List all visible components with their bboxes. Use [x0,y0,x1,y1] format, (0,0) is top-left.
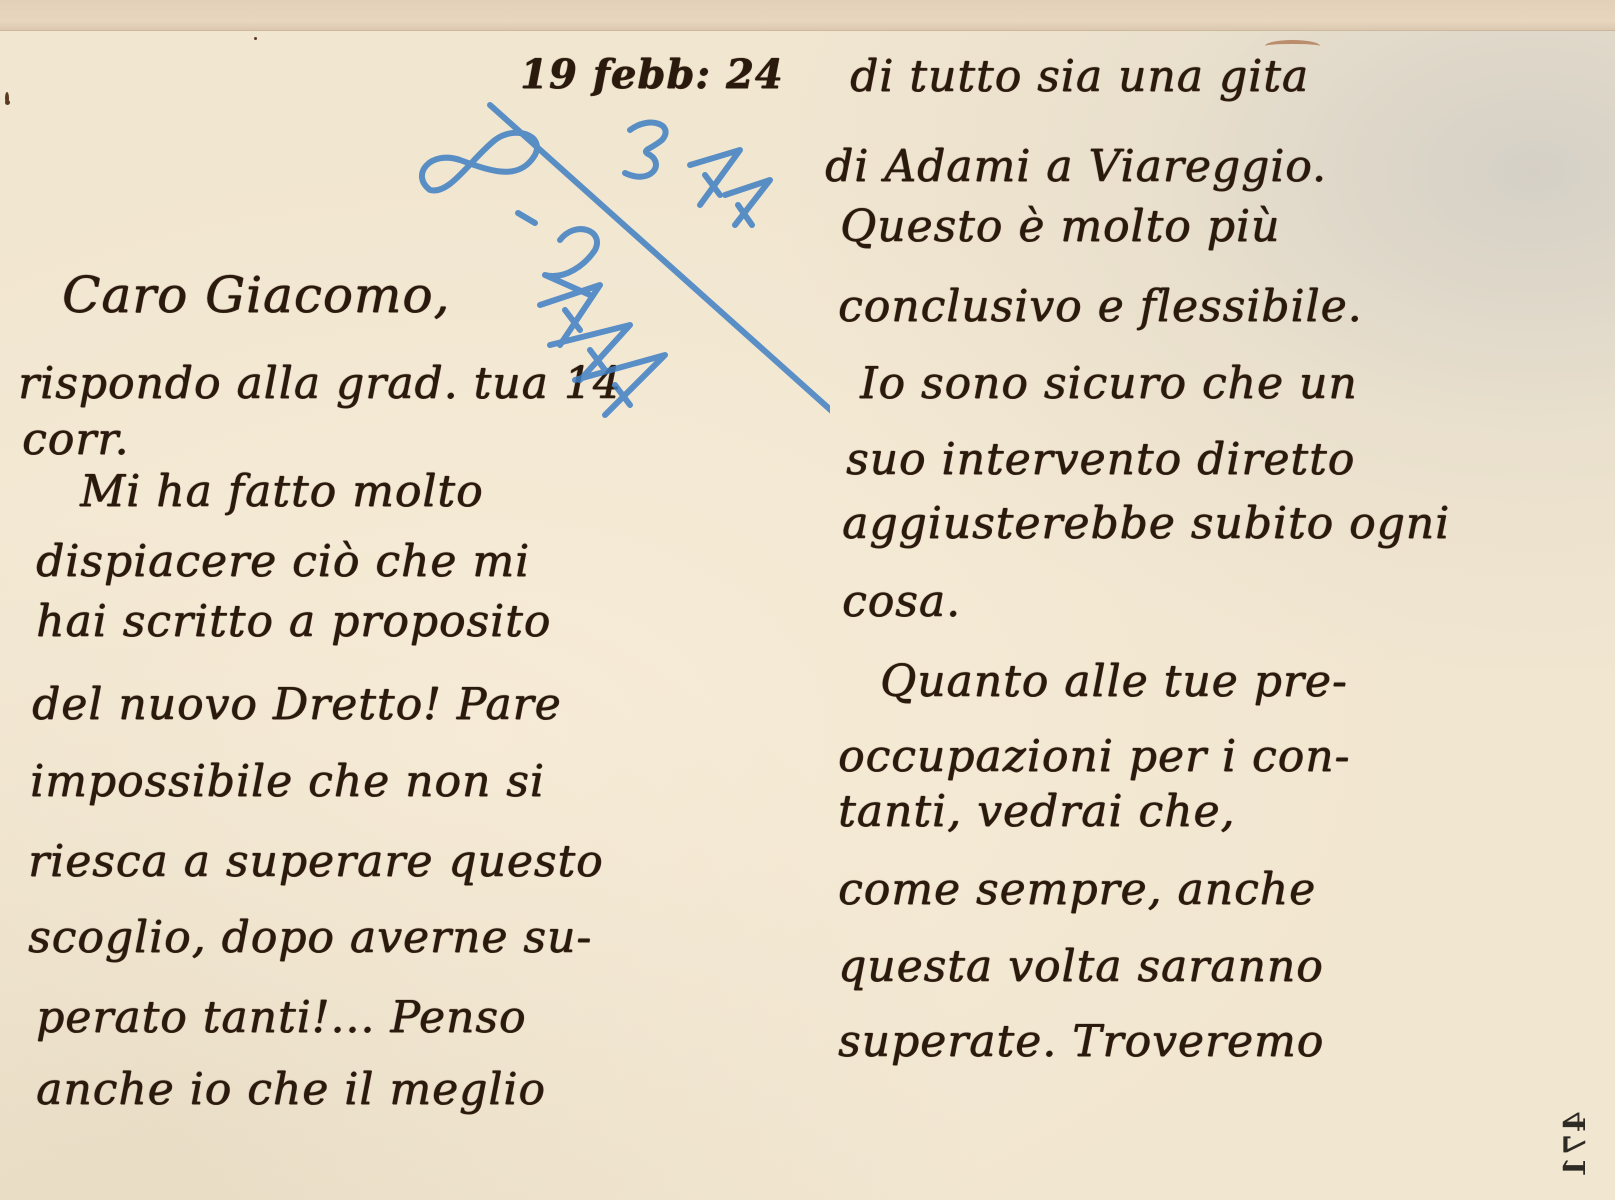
letter-line: superate. Troveremo [838,1020,1324,1064]
letter-line: Quanto alle tue pre- [880,660,1348,704]
letter-date: 19 febb: 24 [520,55,784,95]
blue-fraction-mark-icon [400,95,830,515]
paper-speck [5,100,10,105]
letter-line: dispiacere ciò che mi [36,540,530,584]
archive-number-text: 471 [1558,1111,1593,1180]
letter-line: del nuovo Dretto! Pare [32,683,562,727]
letter-line: aggiusterebbe subito ogni [842,502,1450,546]
letter-line: cosa. [842,580,961,624]
letter-line: di tutto sia una gita [850,55,1309,99]
letter-line: riesca a superare questo [28,840,604,884]
letter-line: scoglio, dopo averne su- [28,916,592,960]
letter-line: Questo è molto più [840,205,1280,249]
letter-line: occupazioni per i con- [838,735,1350,779]
archive-page-number: 471 [1555,1110,1595,1180]
letter-line: tanti, vedrai che, [838,790,1235,834]
letter-line: corr. [22,418,129,462]
letter-line: suo intervento diretto [846,438,1355,482]
letter-line: Io sono sicuro che un [860,362,1358,406]
letter-line: come sempre, anche [838,868,1316,912]
salutation: Caro Giacomo, [62,270,450,320]
backing-strip [0,0,1615,31]
paper-speck [254,37,257,40]
letter-line: impossibile che non si [30,760,545,804]
blue-pencil-annotation [400,95,830,515]
letter-line: anche io che il meglio [36,1068,546,1112]
letter-line: di Adami a Viareggio. [825,145,1327,189]
letter-line: conclusivo e flessibile. [838,285,1363,329]
letter-line: hai scritto a proposito [36,600,551,644]
letter-line: perato tanti!... Penso [36,996,526,1040]
letter-line: questa volta saranno [838,945,1324,989]
